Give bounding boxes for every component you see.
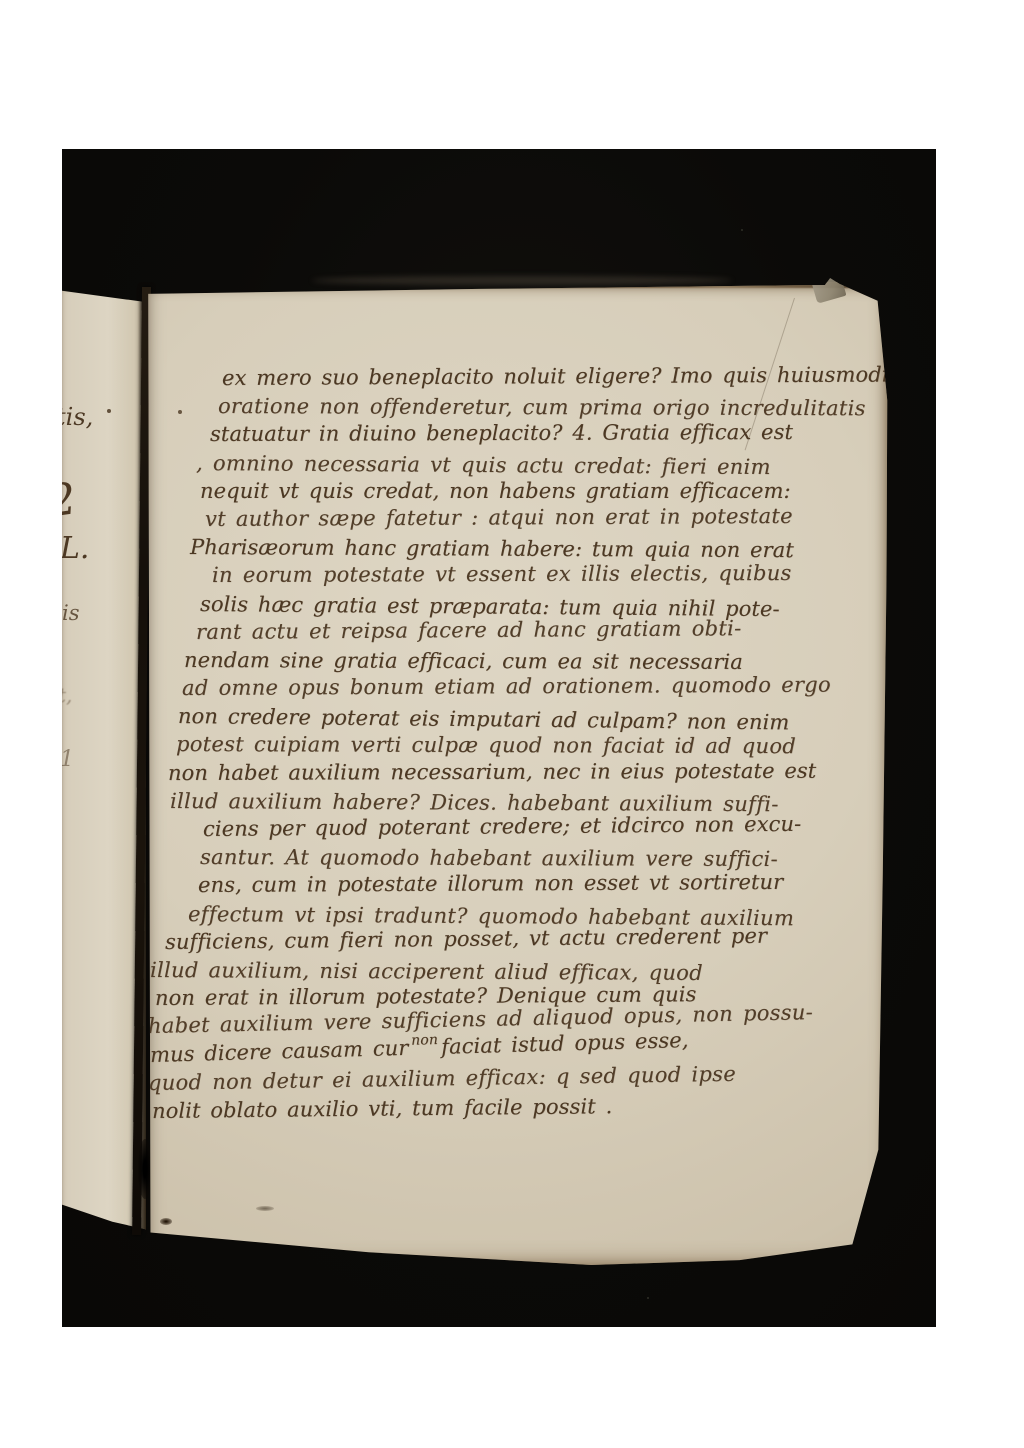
ink-dot [107, 409, 111, 413]
edge-stain [256, 1206, 274, 1211]
left-page-text-fragment: is [62, 601, 80, 625]
manuscript-line: vt author sæpe fatetur : atqui non erat … [205, 501, 872, 533]
manuscript-text-block: ex mero suo beneplacito noluit eligere? … [148, 364, 872, 1125]
photo-backdrop: tis,2L.ist,1 ex mero suo beneplacito nol… [62, 149, 936, 1327]
left-page-text-fragment: tis, [62, 403, 93, 431]
line-segment: faciat istud opus esse, [441, 1027, 689, 1058]
manuscript-line: ciens per quod poterant credere; et idci… [203, 809, 872, 843]
left-page-text-fragment: t, [62, 683, 72, 707]
page-edge-haze [312, 276, 732, 285]
gutter-ink-blot [138, 1139, 152, 1199]
dust-speck [741, 229, 743, 231]
corner-fold [812, 274, 847, 303]
left-page-text-fragment: 1 [62, 747, 74, 772]
line-segment: mus dicere causam cur [150, 1035, 409, 1066]
manuscript-line: ens, cum in potestate illorum non esset … [198, 868, 872, 900]
manuscript-line: in eorum potestate vt essent ex illis el… [212, 559, 872, 589]
interlinear-insertion: non [411, 1025, 439, 1054]
manuscript-line: ex mero suo beneplacito noluit eligere? … [222, 361, 872, 393]
dust-speck [647, 1297, 649, 1299]
manuscript-line: statuatur in diuino beneplacito? 4. Grat… [210, 418, 872, 448]
manuscript-line: ad omne opus bonum etiam ad orationem. q… [182, 670, 872, 702]
edge-stain [160, 1218, 172, 1225]
manuscript-page: ex mero suo beneplacito noluit eligere? … [146, 282, 888, 1268]
left-page-text-fragment: 2 [62, 473, 79, 527]
manuscript-line: rant actu et reipsa facere ad hanc grati… [196, 613, 872, 646]
manuscript-line: non habet auxilium necessarium, nec in e… [168, 756, 872, 787]
left-page-text-fragment: L. [62, 531, 89, 566]
manuscript-line: nequit vt quis credat, non habens gratia… [200, 477, 872, 505]
